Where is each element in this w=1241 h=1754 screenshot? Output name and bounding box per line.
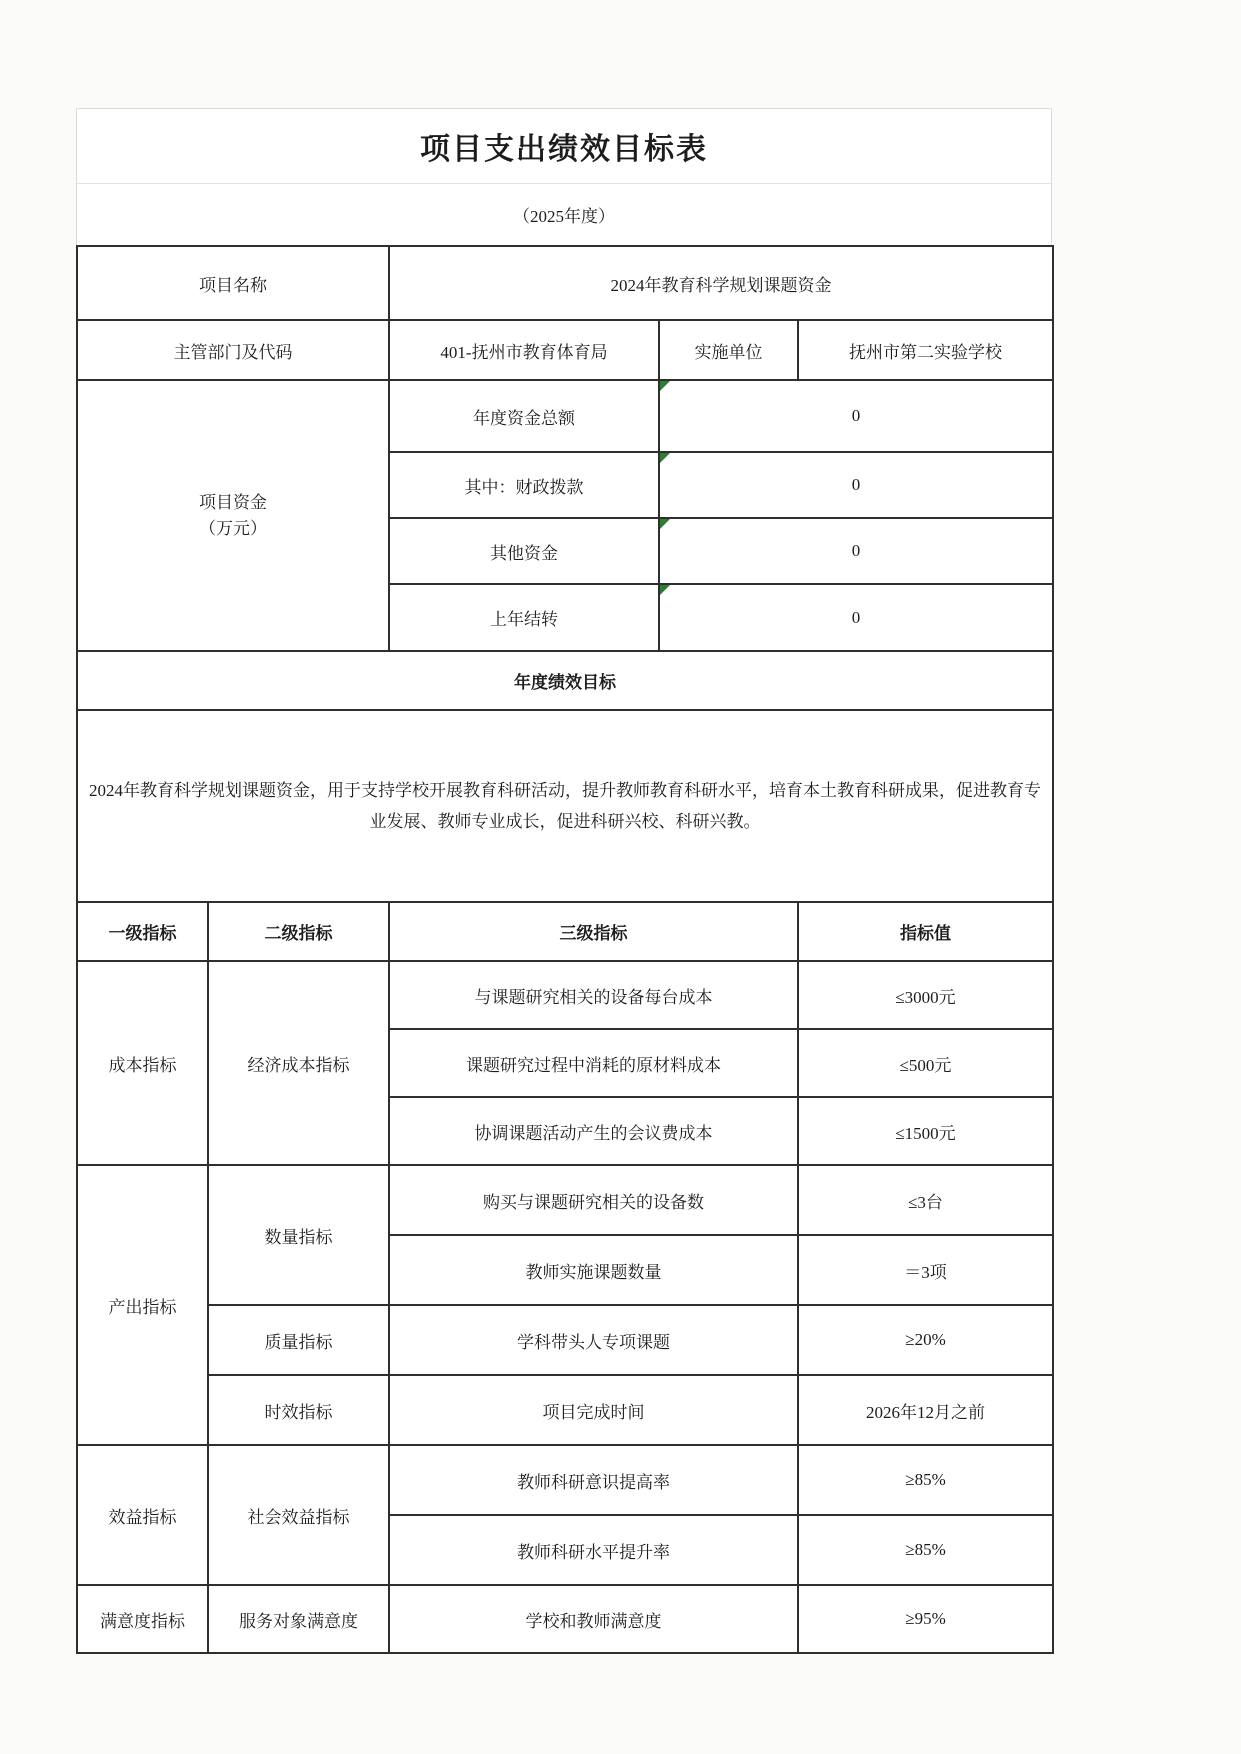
- funding-row-value: 0: [659, 380, 1053, 452]
- funding-row-label: 其中：财政拨款: [389, 452, 659, 518]
- cell-flag-triangle-icon: [660, 381, 670, 391]
- indicator-name: 与课题研究相关的设备每台成本: [389, 961, 798, 1029]
- indicator-name: 学科带头人专项课题: [389, 1305, 798, 1375]
- funding-value-text: 0: [852, 608, 861, 627]
- funding-value-text: 0: [852, 475, 861, 494]
- level1-benefit: 效益指标: [77, 1445, 208, 1585]
- indicator-name: 教师实施课题数量: [389, 1235, 798, 1305]
- cell-flag-triangle-icon: [660, 519, 670, 529]
- funding-row-value: 0: [659, 584, 1053, 651]
- funding-label-line2: （万元）: [82, 516, 384, 542]
- level2-timeliness: 时效指标: [208, 1375, 389, 1445]
- level1-cost: 成本指标: [77, 961, 208, 1165]
- funding-row-label: 上年结转: [389, 584, 659, 651]
- indicator-value: ＝3项: [798, 1235, 1053, 1305]
- performance-target-sheet: 项目支出绩效目标表 （2025年度） 项目名称 2024年教育科学规划课题资金 …: [76, 108, 1052, 1654]
- project-name-label: 项目名称: [77, 246, 389, 320]
- page-subtitle: （2025年度）: [77, 184, 1051, 245]
- funding-value-text: 0: [852, 541, 861, 560]
- level2-quality: 质量指标: [208, 1305, 389, 1375]
- level1-output: 产出指标: [77, 1165, 208, 1445]
- level2-service-satisfaction: 服务对象满意度: [208, 1585, 389, 1653]
- indicator-name: 项目完成时间: [389, 1375, 798, 1445]
- funding-row-value: 0: [659, 452, 1053, 518]
- funding-row-label: 年度资金总额: [389, 380, 659, 452]
- indicator-value: ≤500元: [798, 1029, 1053, 1097]
- indicator-name: 协调课题活动产生的会议费成本: [389, 1097, 798, 1165]
- department-value: 401-抚州市教育体育局: [389, 320, 659, 380]
- indicator-name: 学校和教师满意度: [389, 1585, 798, 1653]
- department-label: 主管部门及代码: [77, 320, 389, 380]
- header-level1: 一级指标: [77, 902, 208, 961]
- performance-table: 项目名称 2024年教育科学规划课题资金 主管部门及代码 401-抚州市教育体育…: [76, 245, 1054, 1654]
- level2-economic-cost: 经济成本指标: [208, 961, 389, 1165]
- header-level3: 三级指标: [389, 902, 798, 961]
- indicator-name: 购买与课题研究相关的设备数: [389, 1165, 798, 1235]
- indicator-value: ≤3台: [798, 1165, 1053, 1235]
- indicator-value: ≥85%: [798, 1515, 1053, 1585]
- indicator-name: 教师科研水平提升率: [389, 1515, 798, 1585]
- indicator-value: ≥20%: [798, 1305, 1053, 1375]
- funding-value-text: 0: [852, 406, 861, 425]
- implement-unit-value: 抚州市第二实验学校: [798, 320, 1053, 380]
- funding-label-line1: 项目资金: [82, 490, 384, 516]
- cell-flag-triangle-icon: [660, 453, 670, 463]
- funding-row-label: 其他资金: [389, 518, 659, 584]
- annual-target-description: 2024年教育科学规划课题资金，用于支持学校开展教育科研活动，提升教师教育科研水…: [77, 710, 1053, 902]
- level2-quantity: 数量指标: [208, 1165, 389, 1305]
- header-level2: 二级指标: [208, 902, 389, 961]
- level1-satisfaction: 满意度指标: [77, 1585, 208, 1653]
- annual-target-header: 年度绩效目标: [77, 651, 1053, 710]
- indicator-name: 课题研究过程中消耗的原材料成本: [389, 1029, 798, 1097]
- cell-flag-triangle-icon: [660, 585, 670, 595]
- indicator-value: ≤3000元: [798, 961, 1053, 1029]
- funding-label: 项目资金 （万元）: [77, 380, 389, 651]
- project-name-value: 2024年教育科学规划课题资金: [389, 246, 1053, 320]
- indicator-value: ≤1500元: [798, 1097, 1053, 1165]
- indicator-value: ≥85%: [798, 1445, 1053, 1515]
- header-value: 指标值: [798, 902, 1053, 961]
- title-band: 项目支出绩效目标表 （2025年度）: [76, 108, 1052, 245]
- implement-unit-label: 实施单位: [659, 320, 798, 380]
- indicator-value: 2026年12月之前: [798, 1375, 1053, 1445]
- page-title: 项目支出绩效目标表: [77, 109, 1051, 184]
- indicator-name: 教师科研意识提高率: [389, 1445, 798, 1515]
- indicator-value: ≥95%: [798, 1585, 1053, 1653]
- funding-row-value: 0: [659, 518, 1053, 584]
- level2-social-benefit: 社会效益指标: [208, 1445, 389, 1585]
